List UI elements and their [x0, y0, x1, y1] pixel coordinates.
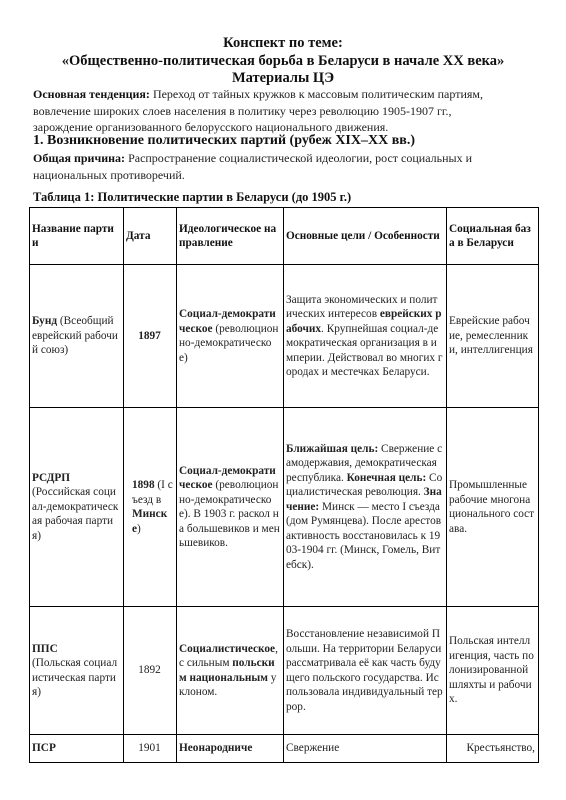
date-cell: 1897: [124, 265, 177, 408]
main-tendency-paragraph: Основная тенденция: Переход от тайных кр…: [33, 86, 513, 136]
table-caption: Таблица 1: Политические партии в Беларус…: [33, 190, 351, 205]
goals-cell: Свержение: [284, 735, 447, 763]
date-cell: 1892: [124, 607, 177, 735]
document-title-line-3: Материалы ЦЭ: [0, 70, 566, 88]
general-cause-paragraph: Общая причина: Распространение социалист…: [33, 150, 513, 183]
party-abbr: ППС: [32, 643, 58, 655]
party-abbr: Бунд: [32, 315, 57, 327]
ideology-main: Социалистическое: [179, 643, 275, 655]
header-goals: Основные цели / Особенности: [284, 208, 447, 265]
party-full-name: (Российская социал-демократическая рабоч…: [32, 486, 118, 542]
header-social-base: Социальная база в Беларуси: [447, 208, 539, 265]
party-name-cell: Бунд (Всеобщий еврейский рабочий союз): [30, 265, 124, 408]
social-base-cell: Промышленные рабочие многонационального …: [447, 408, 539, 607]
date-cell: 1898 (I съезд в Минске): [124, 408, 177, 607]
ideology-cell: Неонародниче: [177, 735, 284, 763]
general-cause-label: Общая причина:: [33, 151, 125, 165]
goals-label: Конечная цель:: [347, 472, 427, 484]
goals-cell: Ближайшая цель: Свержение самодержавия, …: [284, 408, 447, 607]
party-name-cell: ПСР: [30, 735, 124, 763]
date-note: ): [137, 523, 141, 535]
section-1-heading: 1. Возникновение политических партий (ру…: [33, 133, 415, 149]
table-row: ППС (Польская социалистическая партия) 1…: [30, 607, 539, 735]
table-row: ПСР 1901 Неонародниче Свержение Крестьян…: [30, 735, 539, 763]
date-value: 1897: [138, 330, 161, 342]
ideology-cell: Социал-демократическое (революционно-дем…: [177, 265, 284, 408]
table-row: РСДРП (Российская социал-демократическая…: [30, 408, 539, 607]
ideology-cell: Социал-демократическое (революционно-дем…: [177, 408, 284, 607]
social-base-cell: Крестьянство,: [447, 735, 539, 763]
ideology-cell: Социалистическое, с сильным польским нац…: [177, 607, 284, 735]
header-date: Дата: [124, 208, 177, 265]
date-cell: 1901: [124, 735, 177, 763]
party-full-name: (Польская социалистическая партия): [32, 657, 117, 698]
goals-cell: Защита экономических и политических инте…: [284, 265, 447, 408]
party-abbr: РСДРП: [32, 472, 70, 484]
document-title-line-1: Конспект по теме:: [0, 35, 566, 53]
header-party-name: Название партии: [30, 208, 124, 265]
political-parties-table: Название партии Дата Идеологическое напр…: [29, 207, 539, 763]
social-base-cell: Польская интеллигенция, часть полонизиро…: [447, 607, 539, 735]
goals-label: Ближайшая цель:: [286, 443, 378, 455]
party-name-cell: ППС (Польская социалистическая партия): [30, 607, 124, 735]
goals-cell: Восстановление независимой Польши. На те…: [284, 607, 447, 735]
date-value: 1898: [132, 479, 155, 491]
header-ideology: Идеологическое направление: [177, 208, 284, 265]
ideology-main: Неонародниче: [179, 742, 252, 754]
main-tendency-label: Основная тенденция:: [33, 87, 150, 101]
social-base-cell: Еврейские рабочие, ремесленники, интелли…: [447, 265, 539, 408]
party-abbr: ПСР: [32, 742, 56, 754]
table-header-row: Название партии Дата Идеологическое напр…: [30, 208, 539, 265]
party-name-cell: РСДРП (Российская социал-демократическая…: [30, 408, 124, 607]
table-row: Бунд (Всеобщий еврейский рабочий союз) 1…: [30, 265, 539, 408]
document-title-line-2: «Общественно-политическая борьба в Белар…: [0, 53, 566, 71]
